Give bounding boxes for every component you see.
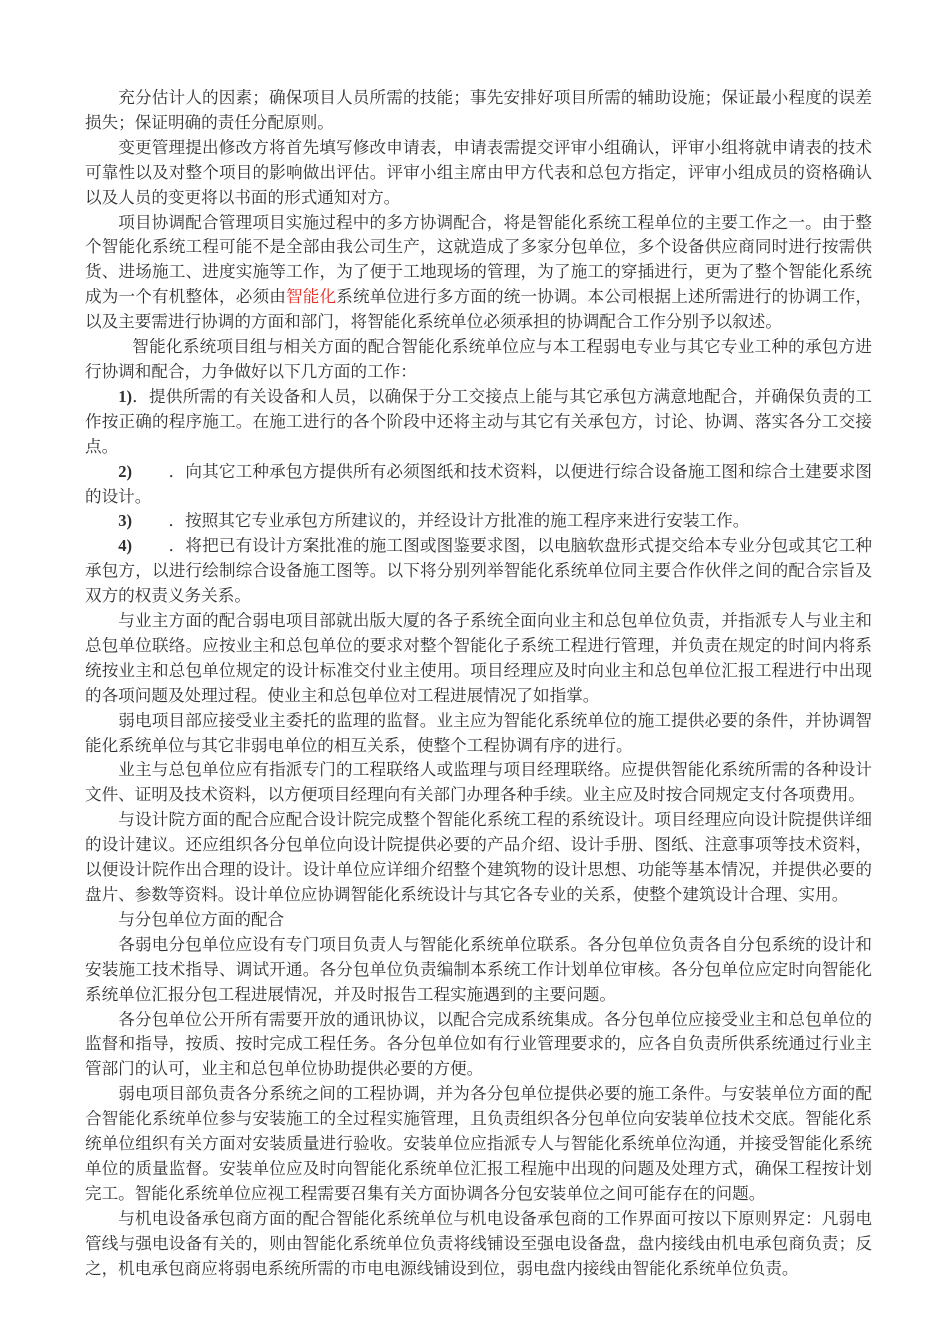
paragraph: 2)．向其它工种承包方提供所有必须图纸和技术资料，以便进行综合设备施工图和综合土… [85, 460, 872, 510]
paragraph: 4)．将把已有设计方案批准的施工图或图鉴要求图，以电脑软盘形式提交给本专业分包或… [85, 534, 872, 609]
paragraph: 业主与总包单位应有指派专门的工程联络人或监理与项目经理联络。应提供智能化系统所需… [85, 758, 872, 808]
paragraph: 项目协调配合管理项目实施过程中的多方协调配合，将是智能化系统工程单位的主要工作之… [85, 211, 872, 336]
text-run: 弱电项目部负责各分系统之间的工程协调，并为各分包单位提供必要的施工条件。与安装单… [85, 1084, 872, 1203]
text-run: 与机电设备承包商方面的配合智能化系统单位与机电设备承包商的工作界面可按以下原则界… [85, 1209, 872, 1278]
text-run: ．提供所需的有关设备和人员，以确保于分工交接点上能与其它承包方满意地配合，并确保… [85, 387, 872, 456]
text-run: 充分估计人的因素；确保项目人员所需的技能；事先安排好项目所需的辅助设施；保证最小… [85, 88, 872, 132]
text-run: 与业主方面的配合弱电项目部就出版大厦的各子系统全面向业主和总包单位负责，并指派专… [85, 611, 872, 705]
paragraph: 充分估计人的因素；确保项目人员所需的技能；事先安排好项目所需的辅助设施；保证最小… [85, 86, 872, 136]
text-run: ．按照其它专业承包方所建议的，并经设计方批准的施工程序来进行安装工作。 [169, 511, 750, 530]
document-page: 充分估计人的因素；确保项目人员所需的技能；事先安排好项目所需的辅助设施；保证最小… [0, 0, 950, 1344]
paragraph: 智能化系统项目组与相关方面的配合智能化系统单位应与本工程弱电专业与其它专业工种的… [85, 335, 872, 385]
paragraph: 变更管理提出修改方将首先填写修改申请表，申请表需提交评审小组确认，评审小组将就申… [85, 136, 872, 211]
text-run: 各分包单位公开所有需要开放的通讯协议，以配合完成系统集成。各分包单位应接受业主和… [85, 1010, 872, 1079]
list-number: 2) [118, 462, 132, 481]
text-run: 弱电项目部应接受业主委托的监理的监督。业主应为智能化系统单位的施工提供必要的条件… [85, 711, 872, 755]
paragraph: 与业主方面的配合弱电项目部就出版大厦的各子系统全面向业主和总包单位负责，并指派专… [85, 609, 872, 709]
paragraph: 1)．提供所需的有关设备和人员，以确保于分工交接点上能与其它承包方满意地配合，并… [85, 385, 872, 460]
text-run: 业主与总包单位应有指派专门的工程联络人或监理与项目经理联络。应提供智能化系统所需… [85, 760, 872, 804]
document-content: 充分估计人的因素；确保项目人员所需的技能；事先安排好项目所需的辅助设施；保证最小… [85, 86, 872, 1282]
paragraph: 各弱电分包单位应设有专门项目负责人与智能化系统单位联系。各分包单位负责各自分包系… [85, 933, 872, 1008]
text-run: 各弱电分包单位应设有专门项目负责人与智能化系统单位联系。各分包单位负责各自分包系… [85, 935, 872, 1004]
list-number: 4) [118, 536, 132, 555]
highlighted-text: 智能化 [286, 287, 336, 306]
text-run: 变更管理提出修改方将首先填写修改申请表，申请表需提交评审小组确认，评审小组将就申… [85, 138, 872, 207]
text-run: ．向其它工种承包方提供所有必须图纸和技术资料，以便进行综合设备施工图和综合土建要… [85, 462, 872, 506]
text-run: 与分包单位方面的配合 [118, 910, 284, 929]
paragraph: 与分包单位方面的配合 [85, 908, 872, 933]
paragraph: 3)．按照其它专业承包方所建议的，并经设计方批准的施工程序来进行安装工作。 [85, 509, 872, 534]
paragraph: 弱电项目部负责各分系统之间的工程协调，并为各分包单位提供必要的施工条件。与安装单… [85, 1082, 872, 1207]
paragraph: 各分包单位公开所有需要开放的通讯协议，以配合完成系统集成。各分包单位应接受业主和… [85, 1008, 872, 1083]
text-run: 智能化系统项目组与相关方面的配合智能化系统单位应与本工程弱电专业与其它专业工种的… [85, 337, 872, 381]
paragraph: 与机电设备承包商方面的配合智能化系统单位与机电设备承包商的工作界面可按以下原则界… [85, 1207, 872, 1282]
paragraph: 弱电项目部应接受业主委托的监理的监督。业主应为智能化系统单位的施工提供必要的条件… [85, 709, 872, 759]
paragraph: 与设计院方面的配合应配合设计院完成整个智能化系统工程的系统设计。项目经理应向设计… [85, 808, 872, 908]
list-number: 1) [118, 387, 132, 406]
list-number: 3) [118, 511, 132, 530]
text-run: 与设计院方面的配合应配合设计院完成整个智能化系统工程的系统设计。项目经理应向设计… [85, 810, 872, 904]
text-run: ．将把已有设计方案批准的施工图或图鉴要求图，以电脑软盘形式提交给本专业分包或其它… [85, 536, 872, 605]
